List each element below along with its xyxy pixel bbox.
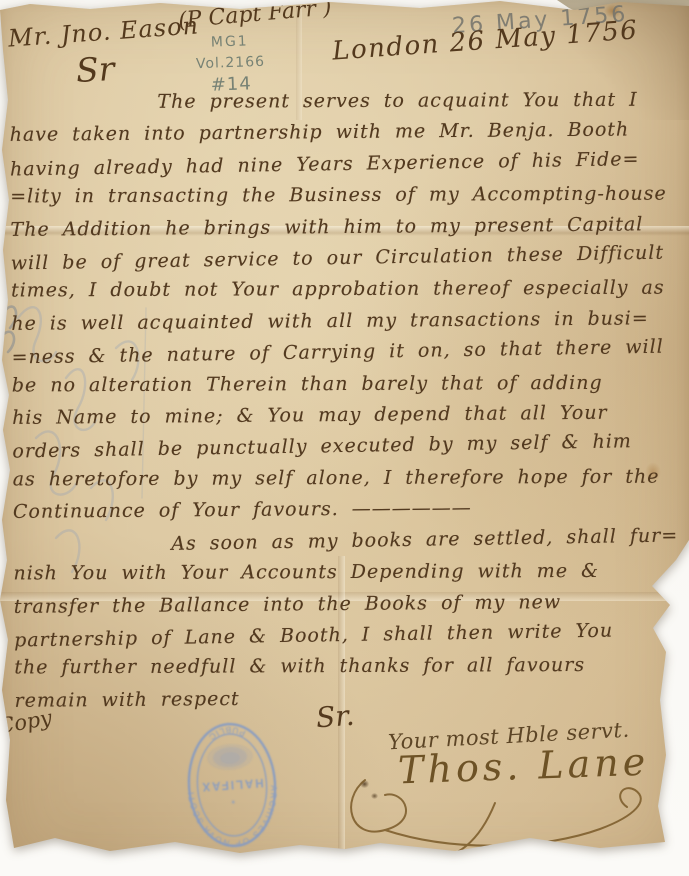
closing-salutation: Sr.	[315, 699, 356, 735]
stamp-center-text: HALIFAX	[200, 776, 264, 792]
signature-flourish	[345, 745, 675, 870]
archive-stamp: ARCHIVES OF NOVA SCOTIA PUBLIC * HALIFAX	[174, 710, 290, 860]
body-line: nish You with Your Accounts Depending wi…	[13, 556, 672, 590]
addressee-line: Mr. Jno. Eason	[7, 11, 200, 52]
carrier-note: (P Capt Farr )	[177, 0, 332, 34]
copy-margin-note: Copy	[0, 705, 54, 738]
paper-wrap: Mr. Jno. Eason (P Capt Farr ) 26 May 175…	[0, 0, 689, 876]
letter-sheet: Mr. Jno. Eason (P Capt Farr ) 26 May 175…	[0, 0, 689, 876]
body-line: the further needfull & with thanks for a…	[14, 650, 673, 684]
body-line: =lity in transacting the Business of my …	[10, 179, 669, 213]
letter-body: The present serves to acquaint You that …	[9, 83, 673, 717]
body-line: as heretofore by my self alone, I theref…	[13, 461, 672, 495]
archive-ref-volume: Vol.2166	[196, 52, 266, 75]
body-line: The present serves to acquaint You that …	[9, 85, 668, 119]
archive-ref-group: MG1	[195, 31, 265, 54]
stamp-star-icon: *	[231, 794, 236, 805]
body-line: times, I doubt not Your approbation ther…	[11, 273, 670, 307]
body-line: be no alteration Therein than barely tha…	[12, 367, 671, 401]
salutation: Sr	[75, 49, 115, 90]
